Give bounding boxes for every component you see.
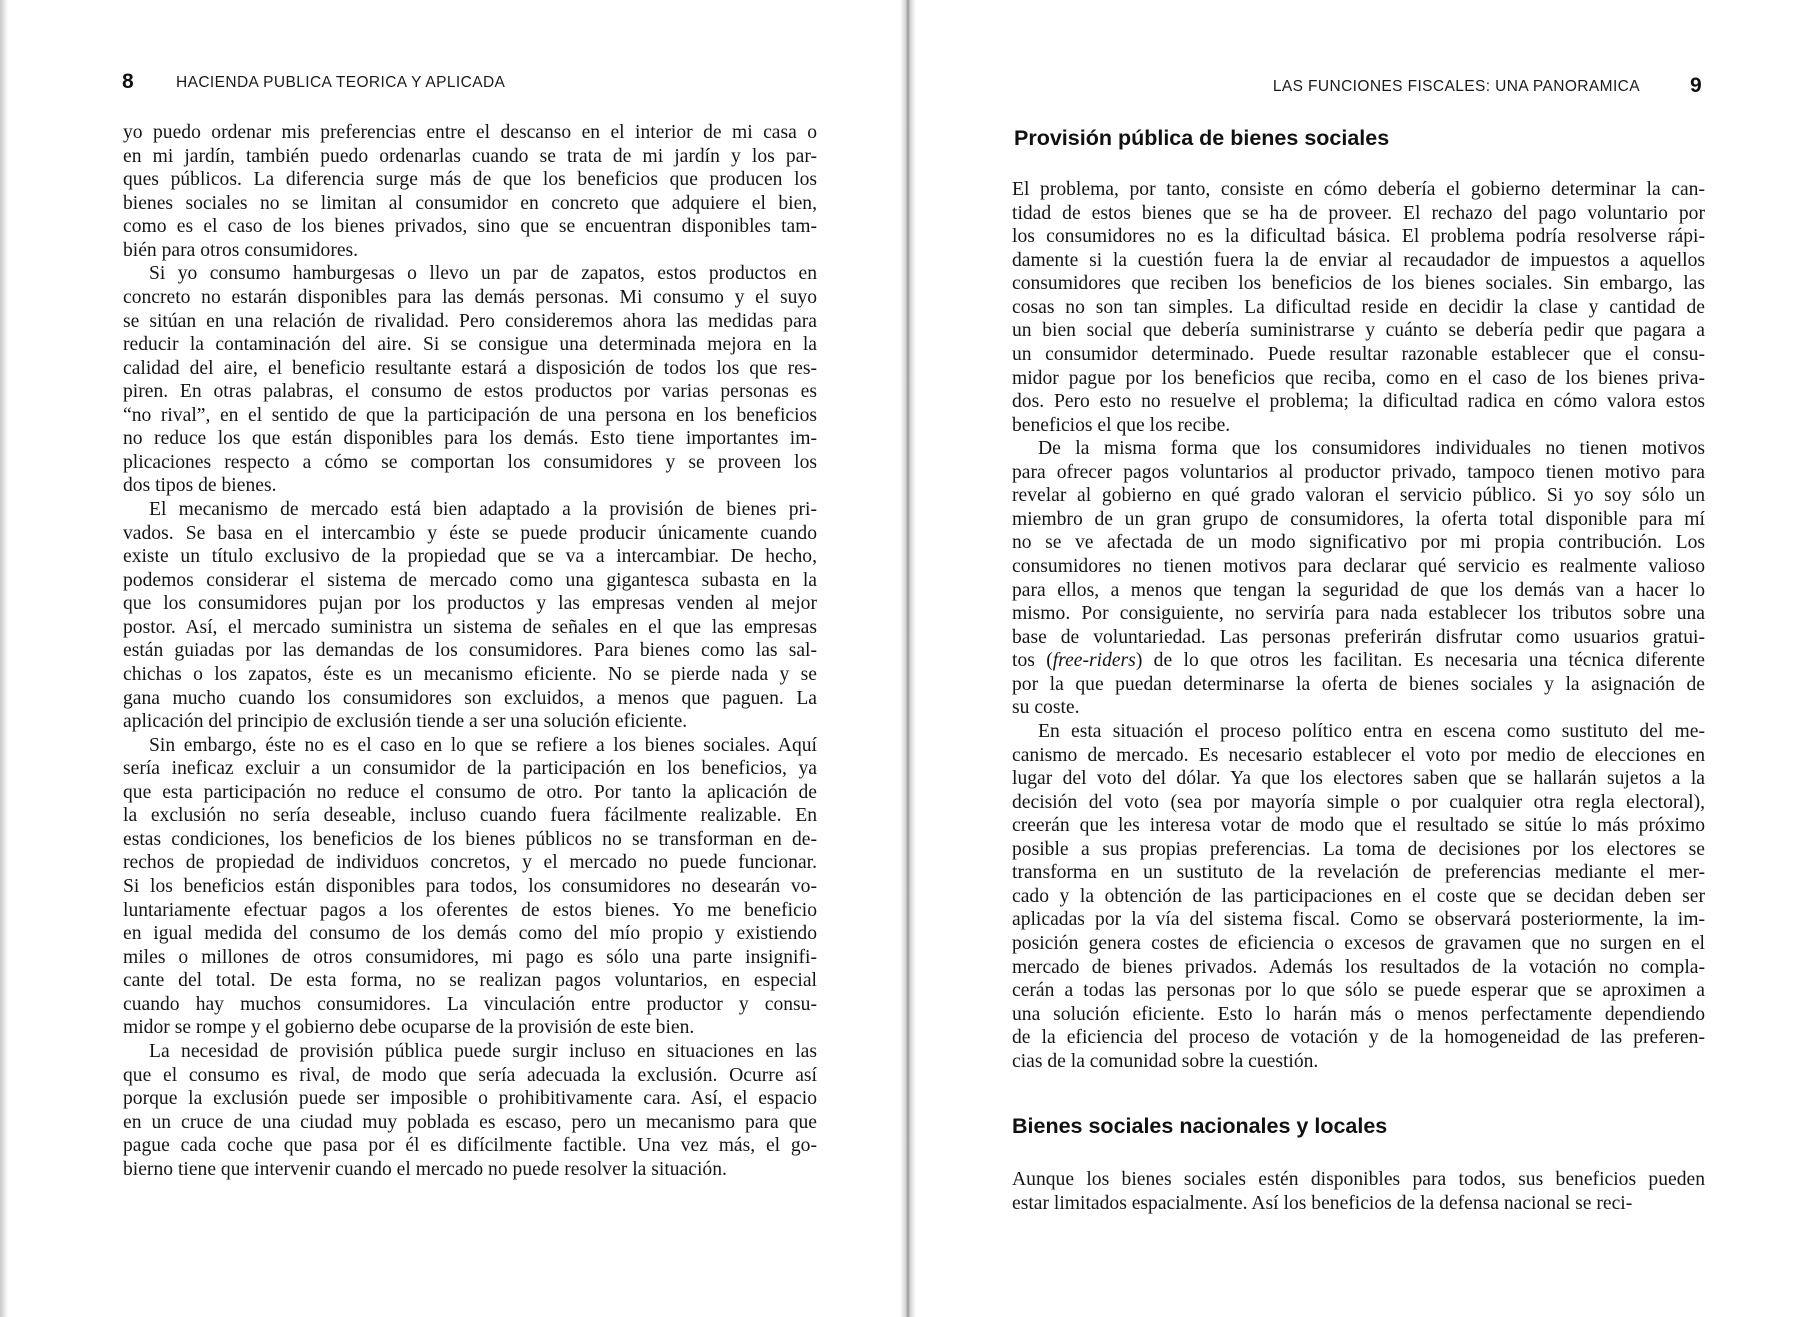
text-line: podemos considerar el sistema de mercado… [123, 569, 817, 593]
text-line: posible a sus propias preferencias. La t… [1012, 838, 1705, 862]
text-line: postor. Así, el mercado suministra un si… [123, 616, 817, 640]
text-line: como es el caso de los bienes privados, … [123, 215, 817, 239]
text-line: vados. Se basa en el intercambio y éste … [123, 522, 817, 546]
text-line: transforma en un sustituto de la revelac… [1012, 861, 1705, 885]
text-line: que los consumidores pujan por los produ… [123, 592, 817, 616]
text-line: para ellos, a menos que tengan la seguri… [1012, 579, 1705, 603]
paragraph: En esta situación el proceso político en… [1012, 720, 1705, 1073]
text-line: creerán que les interesa votar de modo q… [1012, 814, 1705, 838]
text-line: La necesidad de provisión pública puede … [123, 1040, 817, 1064]
text-line: un bien social que debería suministrarse… [1012, 319, 1705, 343]
text-line: un consumidor determinado. Puede resulta… [1012, 343, 1705, 367]
text-line: base de voluntariedad. Las personas pref… [1012, 626, 1705, 650]
text-line: que esta participación no reduce el cons… [123, 781, 817, 805]
text-line: decisión del voto (sea por mayoría simpl… [1012, 791, 1705, 815]
text-line: beneficios el que los recibe. [1012, 414, 1705, 438]
text-line: ques públicos. La diferencia surge más d… [123, 168, 817, 192]
text-line: cado y la obtención de las participacion… [1012, 885, 1705, 909]
text-line: El problema, por tanto, consiste en cómo… [1012, 178, 1705, 202]
text-line: chichas o los zapatos, éste es un mecani… [123, 663, 817, 687]
text-line: yo puedo ordenar mis preferencias entre … [123, 121, 817, 145]
text-line: existe un título exclusivo de la propied… [123, 545, 817, 569]
text-line: damente si la cuestión fuera la de envia… [1012, 249, 1705, 273]
text-line: de la eficiencia del proceso de votación… [1012, 1026, 1705, 1050]
text-line: De la misma forma que los consumidores i… [1012, 437, 1705, 461]
text-line: Si los beneficios están disponibles para… [123, 875, 817, 899]
text-line: posición genera costes de eficiencia o e… [1012, 932, 1705, 956]
text-line: calidad del aire, el beneficio resultant… [123, 357, 817, 381]
text-line: no reduce los que están disponibles para… [123, 427, 817, 451]
text-line: cante del total. De esta forma, no se re… [123, 969, 817, 993]
paragraph: Sin embargo, éste no es el caso en lo qu… [123, 734, 817, 1040]
text-line: no se ve afectada de un modo significati… [1012, 531, 1705, 555]
text-line: que el consumo es rival, de modo que ser… [123, 1064, 817, 1088]
text-line: sería ineficaz excluir a un consumidor d… [123, 757, 817, 781]
page-number: 9 [1690, 74, 1702, 98]
body-text: El problema, por tanto, consiste en cómo… [1012, 178, 1705, 1073]
body-text: Aunque los bienes sociales estén disponi… [1012, 1168, 1705, 1215]
text-line: gana mucho cuando los consumidores son e… [123, 687, 817, 711]
text-line: lugar del voto del dólar. Ya que los ele… [1012, 767, 1705, 791]
text-line: reducir la contaminación del aire. Si se… [123, 333, 817, 357]
text-line: piren. En otras palabras, el consumo de … [123, 380, 817, 404]
text-line: rechos de propiedad de individuos concre… [123, 851, 817, 875]
paragraph: Si yo consumo hamburgesas o llevo un par… [123, 262, 817, 498]
text-line: Aunque los bienes sociales estén disponi… [1012, 1168, 1705, 1192]
text-line: miles o millones de otros consumidores, … [123, 946, 817, 970]
paragraph: El mecanismo de mercado está bien adapta… [123, 498, 817, 734]
text-line: bién para otros consumidores. [123, 239, 817, 263]
text-line: cerán a todas las personas por lo que só… [1012, 979, 1705, 1003]
text-line: para ofrecer pagos voluntarios al produc… [1012, 461, 1705, 485]
text-line: En esta situación el proceso político en… [1012, 720, 1705, 744]
text-line: en igual medida del consumo de los demás… [123, 922, 817, 946]
text-line: una solución eficiente. Esto lo harán má… [1012, 1003, 1705, 1027]
text-line: se sitúan en una relación de rivalidad. … [123, 310, 817, 334]
text-line: bienes sociales no se limitan al consumi… [123, 192, 817, 216]
text-line: mercado de bienes privados. Además los r… [1012, 956, 1705, 980]
text-line: dos. Pero esto no resuelve el problema; … [1012, 390, 1705, 414]
text-line: tos (free-riders) de lo que otros les fa… [1012, 649, 1705, 673]
running-header: LAS FUNCIONES FISCALES: UNA PANORAMICA [1273, 78, 1640, 96]
text-line: los consumidores no es la dificultad bás… [1012, 225, 1705, 249]
text-line: la exclusión no sería deseable, incluso … [123, 804, 817, 828]
paragraph: yo puedo ordenar mis preferencias entre … [123, 121, 817, 262]
text-line: midor pague por los beneficios que recib… [1012, 367, 1705, 391]
text-line: están guiadas por las demandas de los co… [123, 639, 817, 663]
section-heading: Provisión pública de bienes sociales [1014, 126, 1389, 151]
section-heading: Bienes sociales nacionales y locales [1012, 1114, 1387, 1139]
text-line: estar limitados espacialmente. Así los b… [1012, 1192, 1705, 1216]
text-line: mismo. Por consiguiente, no serviría par… [1012, 602, 1705, 626]
text-line: “no rival”, en el sentido de que la part… [123, 404, 817, 428]
text-line: tidad de estos bienes que se ha de prove… [1012, 202, 1705, 226]
text-line: cias de la comunidad sobre la cuestión. [1012, 1050, 1705, 1074]
text-line: estas condiciones, los beneficios de los… [123, 828, 817, 852]
text-line: en mi jardín, también puedo ordenarlas c… [123, 145, 817, 169]
text-line: canismo de mercado. Es necesario estable… [1012, 744, 1705, 768]
text-line: dos tipos de bienes. [123, 474, 817, 498]
text-line: plicaciones respecto a cómo se comportan… [123, 451, 817, 475]
text-line: aplicación del principio de exclusión ti… [123, 710, 817, 734]
text-line: Sin embargo, éste no es el caso en lo qu… [123, 734, 817, 758]
left-page: 8 HACIENDA PUBLICA TEORICA Y APLICADA yo… [0, 0, 908, 1317]
text-line: miembro de un gran grupo de consumidores… [1012, 508, 1705, 532]
text-line: consumidores que reciben los beneficios … [1012, 272, 1705, 296]
page-number: 8 [122, 70, 134, 94]
text-line: revelar al gobierno en qué grado valoran… [1012, 484, 1705, 508]
text-line: midor se rompe y el gobierno debe ocupar… [123, 1016, 817, 1040]
text-line: por la que puedan determinarse la oferta… [1012, 673, 1705, 697]
text-line: bierno tiene que intervenir cuando el me… [123, 1158, 817, 1182]
text-line: El mecanismo de mercado está bien adapta… [123, 498, 817, 522]
running-header: HACIENDA PUBLICA TEORICA Y APLICADA [176, 74, 505, 92]
paragraph: Aunque los bienes sociales estén disponi… [1012, 1168, 1705, 1215]
text-line: Si yo consumo hamburgesas o llevo un par… [123, 262, 817, 286]
text-line: luntariamente efectuar pagos a los ofere… [123, 899, 817, 923]
text-line: aplicadas por la vía del sistema fiscal.… [1012, 908, 1705, 932]
text-line: su coste. [1012, 696, 1705, 720]
paragraph: La necesidad de provisión pública puede … [123, 1040, 817, 1181]
text-line: concreto no estarán disponibles para las… [123, 286, 817, 310]
body-text: yo puedo ordenar mis preferencias entre … [123, 121, 817, 1181]
paragraph: De la misma forma que los consumidores i… [1012, 437, 1705, 720]
paragraph: El problema, por tanto, consiste en cómo… [1012, 178, 1705, 437]
text-line: en un cruce de una ciudad muy poblada es… [123, 1111, 817, 1135]
text-line: cosas no son tan simples. La dificultad … [1012, 296, 1705, 320]
text-line: pague cada coche que pasa por él es difí… [123, 1134, 817, 1158]
text-line: porque la exclusión puede ser imposible … [123, 1087, 817, 1111]
text-line: cuando hay muchos consumidores. La vincu… [123, 993, 817, 1017]
text-line: consumidores no tienen motivos para decl… [1012, 555, 1705, 579]
